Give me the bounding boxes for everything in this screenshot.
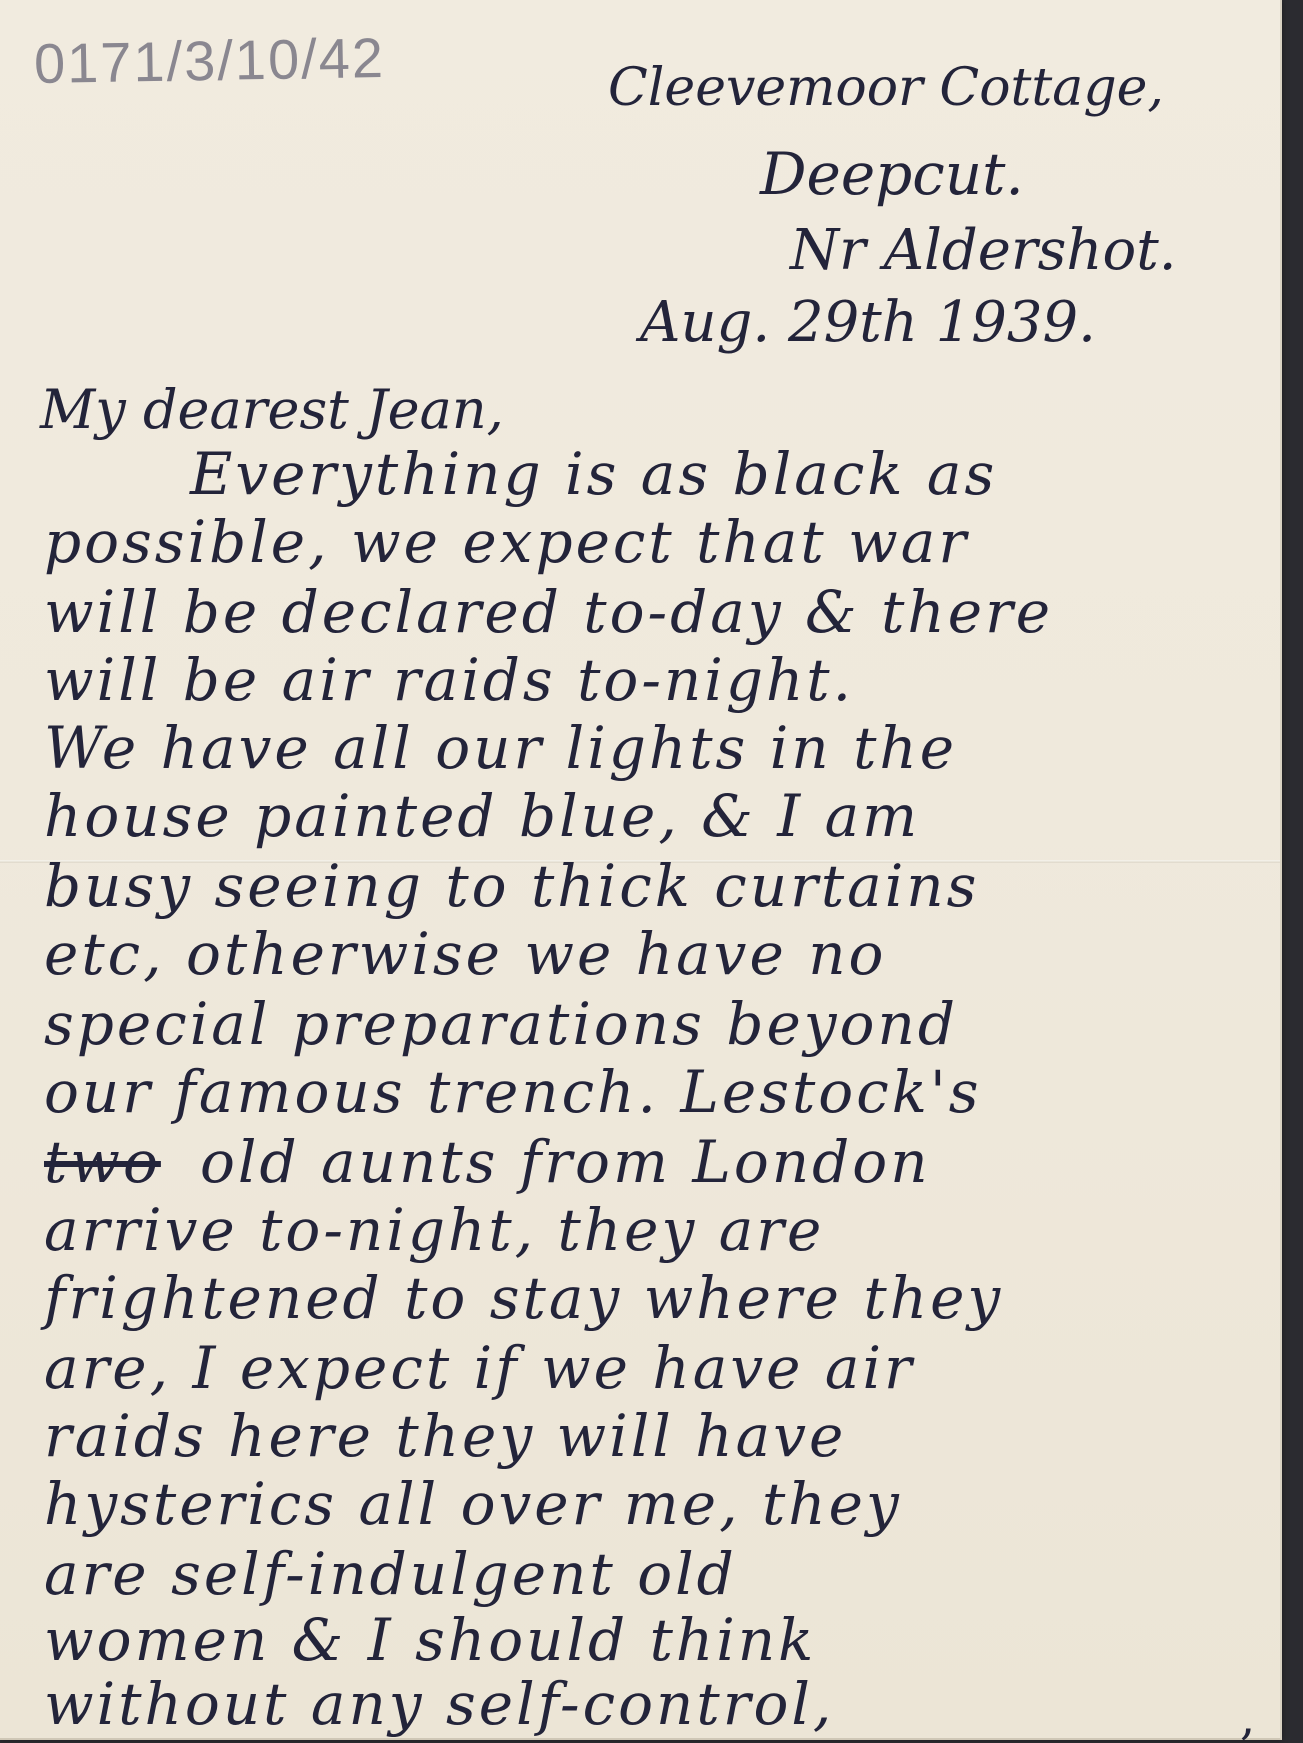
body-line: raids here they will have xyxy=(44,1402,846,1470)
struck-out-word: two xyxy=(44,1128,161,1196)
body-line: hysterics all over me, they xyxy=(44,1470,902,1538)
body-line: will be air raids to-night. xyxy=(44,646,854,714)
body-line: special preparations beyond xyxy=(44,990,958,1058)
body-line: arrive to-night, they are xyxy=(44,1196,824,1264)
letter-page: 0171/3/10/42 Cleevemoor Cottage, Deepcut… xyxy=(0,0,1282,1740)
letter-date: Aug. 29th 1939. xyxy=(640,290,1096,355)
body-line: Everything is as black as xyxy=(190,440,997,508)
body-line: etc, otherwise we have no xyxy=(44,920,886,988)
body-line: will be declared to-day & there xyxy=(44,578,1053,646)
body-line: possible, we expect that war xyxy=(44,508,969,576)
body-line: busy seeing to thick curtains xyxy=(44,852,979,920)
continuation-mark: , xyxy=(1240,1690,1255,1743)
address-line-1: Cleevemoor Cottage, xyxy=(608,58,1164,118)
body-line: frightened to stay where they xyxy=(44,1264,1003,1332)
body-line: are, I expect if we have air xyxy=(44,1334,915,1402)
salutation: My dearest Jean, xyxy=(40,378,504,441)
body-line: women & I should think xyxy=(44,1606,816,1674)
address-line-2: Deepcut. xyxy=(760,140,1024,208)
letter-photo: 0171/3/10/42 Cleevemoor Cottage, Deepcut… xyxy=(0,0,1303,1743)
body-line: old aunts from London xyxy=(200,1128,931,1196)
body-line: house painted blue, & I am xyxy=(44,782,920,850)
body-line: are self-indulgent old xyxy=(44,1540,737,1608)
body-line: without any self-control, xyxy=(44,1670,834,1738)
archive-reference: 0171/3/10/42 xyxy=(33,25,385,96)
body-line: our famous trench. Lestock's xyxy=(44,1058,982,1126)
body-line: We have all our lights in the xyxy=(44,714,957,782)
address-line-3: Nr Aldershot. xyxy=(790,218,1177,283)
